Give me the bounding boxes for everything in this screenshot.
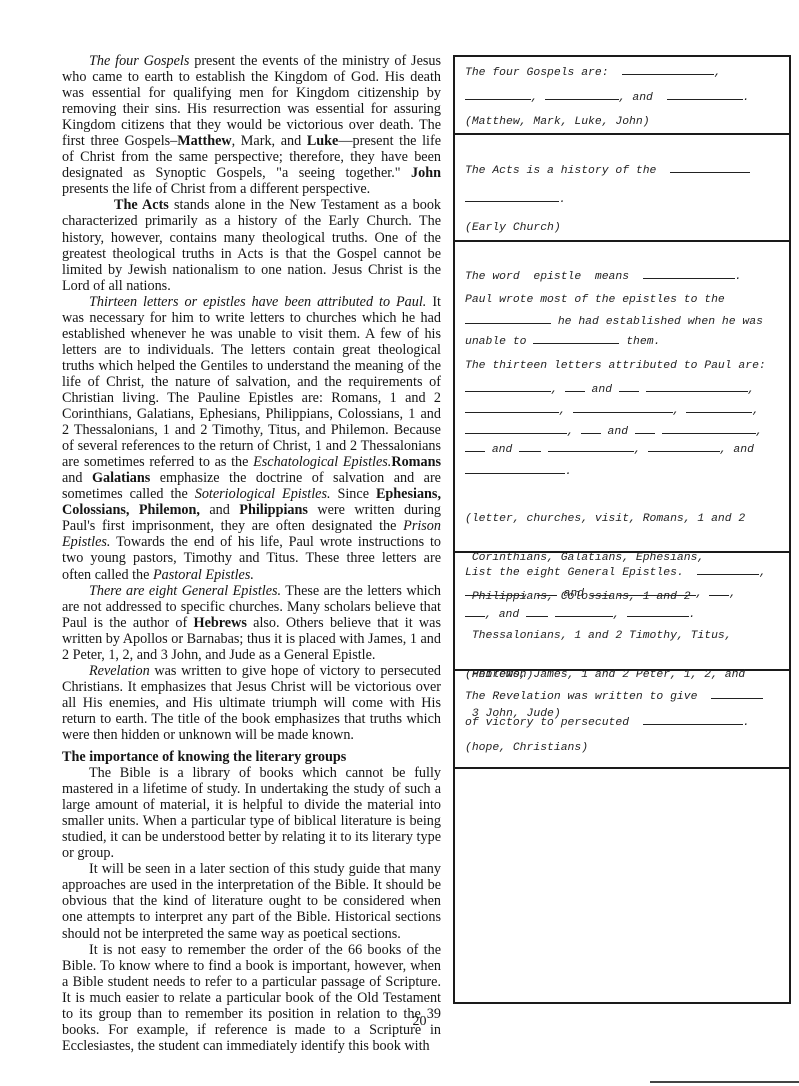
punct: , <box>551 384 558 396</box>
answer-blank[interactable] <box>465 424 567 434</box>
punct: , <box>696 588 703 600</box>
lead-phrase: The four Gospels <box>89 53 189 69</box>
answer-line: (letter, churches, visit, Romans, 1 and … <box>465 513 745 526</box>
paragraph-interpretation: It will be seen in a later section of th… <box>62 861 441 941</box>
answer-blank[interactable] <box>711 689 763 699</box>
answer-blank[interactable] <box>643 715 743 725</box>
answer-blank[interactable] <box>533 334 619 344</box>
answer-blank[interactable] <box>465 586 523 596</box>
paragraph-pauline-epistles: Thirteen letters or epistles have been a… <box>62 294 441 583</box>
text: presents the life of Christ from a diffe… <box>62 181 370 197</box>
answer-blank[interactable] <box>581 424 601 434</box>
bold-term: Galatians <box>92 470 150 486</box>
punct: , <box>567 426 574 438</box>
page-edge-rule <box>650 1081 799 1083</box>
answer-blank[interactable] <box>465 442 485 452</box>
answer-blank[interactable] <box>635 424 655 434</box>
frame-answer: (Early Church) <box>465 222 561 234</box>
answer-blank[interactable] <box>548 442 634 452</box>
paragraph-library: The Bible is a library of books which ca… <box>62 765 441 861</box>
answer-blank[interactable] <box>465 403 559 413</box>
conjunction: and <box>592 384 613 396</box>
lead-phrase: Revelation <box>89 663 150 679</box>
answer-blank[interactable] <box>519 442 541 452</box>
conjunction: and <box>564 588 585 600</box>
text: , Mark, and <box>232 133 307 149</box>
text: and <box>200 502 239 518</box>
frame-answer: (hope, Christians) <box>465 742 588 754</box>
frame-prompt: of victory to persecuted <box>465 717 629 729</box>
answer-blank[interactable] <box>618 586 696 596</box>
frame-prompt: The Acts is a history of the <box>465 165 656 177</box>
frame-answer: (Matthew, Mark, Luke, John) <box>465 116 650 128</box>
answer-blank[interactable] <box>573 403 673 413</box>
conjunction: and <box>492 444 513 456</box>
punct: . <box>689 609 696 621</box>
paragraph-general-epistles: There are eight General Epistles. These … <box>62 583 441 663</box>
italic-term: Pastoral Epistles. <box>153 567 254 583</box>
frame-prompt: The thirteen letters attributed to Paul … <box>465 360 766 372</box>
text: and <box>62 470 92 486</box>
punct: , <box>720 444 727 456</box>
frame-prompt: List the eight General Epistles. <box>465 567 684 579</box>
answer-blank[interactable] <box>465 607 485 617</box>
conjunction: and <box>608 426 629 438</box>
punct: . <box>559 194 566 206</box>
frame-prompt: Paul wrote most of the epistles to the <box>465 294 725 306</box>
bold-term: Philippians <box>239 502 308 518</box>
answer-blank[interactable] <box>555 607 613 617</box>
punct: . <box>565 466 572 478</box>
paragraph-acts: The Acts stands alone in the New Testame… <box>62 197 441 293</box>
text: Since <box>331 486 376 502</box>
punct: . <box>743 717 750 729</box>
text: It was necessary for him to write letter… <box>62 294 441 470</box>
punct: , <box>619 92 626 104</box>
italic-term: Eschatological Epistles. <box>253 454 391 470</box>
answer-blank[interactable] <box>465 90 531 100</box>
answer-blank[interactable] <box>465 382 551 392</box>
answer-blank[interactable] <box>591 586 611 596</box>
punct: , <box>531 92 538 104</box>
punct: , <box>729 588 736 600</box>
lead-phrase: There are eight General Epistles. <box>89 583 281 599</box>
punct: , <box>613 609 620 621</box>
frame-prompt: unable to <box>465 336 527 348</box>
bold-term: Hebrews <box>194 615 247 631</box>
frame-empty <box>455 769 789 1002</box>
page-number: 20 <box>0 1014 799 1030</box>
answer-blank[interactable] <box>667 90 743 100</box>
punct: , <box>485 609 492 621</box>
answer-blank[interactable] <box>648 442 720 452</box>
punct: . <box>735 271 742 283</box>
punct: , <box>634 444 641 456</box>
conjunction: and <box>499 609 520 621</box>
frame-prompt: The four Gospels are: <box>465 67 609 79</box>
bold-term: Luke <box>307 133 339 149</box>
punct: , <box>673 405 680 417</box>
answer-blank[interactable] <box>526 607 548 617</box>
paragraph-revelation: Revelation was written to give hope of v… <box>62 663 441 743</box>
punct: , <box>756 426 763 438</box>
conjunction: and <box>632 92 653 104</box>
punct: , <box>523 588 530 600</box>
frame-gospels: The four Gospels are: , , , and . (Matth… <box>455 57 789 135</box>
study-frames-panel: The four Gospels are: , , , and . (Matth… <box>453 55 791 1004</box>
frame-revelation: The Revelation was written to give of vi… <box>455 671 789 769</box>
answer-blank[interactable] <box>465 464 565 474</box>
frame-prompt: The word epistle means <box>465 271 629 283</box>
answer-blank[interactable] <box>565 382 585 392</box>
answer-blank[interactable] <box>686 403 752 413</box>
answer-blank[interactable] <box>670 163 750 173</box>
frame-prompt: The Revelation was written to give <box>465 691 697 703</box>
answer-blank[interactable] <box>646 382 748 392</box>
answer-blank[interactable] <box>619 382 639 392</box>
body-text-column: The four Gospels present the events of t… <box>62 53 441 1054</box>
punct: , <box>752 405 759 417</box>
answer-blank[interactable] <box>662 424 756 434</box>
answer-blank[interactable] <box>465 314 551 324</box>
frame-general-epistles: List the eight General Epistles. , , and… <box>455 553 789 671</box>
lead-phrase: The Acts <box>114 197 169 213</box>
answer-blank[interactable] <box>537 586 557 596</box>
bold-term: John <box>411 165 441 181</box>
frame-prompt: he had established when he was <box>558 316 763 328</box>
answer-blank[interactable] <box>622 65 714 75</box>
punct: , <box>714 67 721 79</box>
lead-phrase: Thirteen letters or epistles have been a… <box>89 294 426 310</box>
frame-acts: The Acts is a history of the . (Early Ch… <box>455 135 789 242</box>
punct: , <box>748 384 755 396</box>
answer-blank[interactable] <box>709 586 729 596</box>
bold-term: Matthew <box>177 133 231 149</box>
punct: , <box>759 567 766 579</box>
frame-pauline: The word epistle means . Paul wrote most… <box>455 242 789 553</box>
italic-term: Soteriological Epistles. <box>195 486 331 502</box>
answer-blank[interactable] <box>697 565 759 575</box>
bold-term: Romans <box>391 454 441 470</box>
frame-prompt: them. <box>626 336 660 348</box>
answer-blank[interactable] <box>465 192 559 202</box>
answer-blank[interactable] <box>545 90 619 100</box>
paragraph-gospels: The four Gospels present the events of t… <box>62 53 441 197</box>
conjunction: and <box>733 444 754 456</box>
punct: . <box>743 92 750 104</box>
section-heading: The importance of knowing the literary g… <box>62 749 441 765</box>
answer-blank[interactable] <box>627 607 689 617</box>
paragraph-order: It is not easy to remember the order of … <box>62 942 441 1054</box>
answer-blank[interactable] <box>643 269 735 279</box>
punct: , <box>559 405 566 417</box>
